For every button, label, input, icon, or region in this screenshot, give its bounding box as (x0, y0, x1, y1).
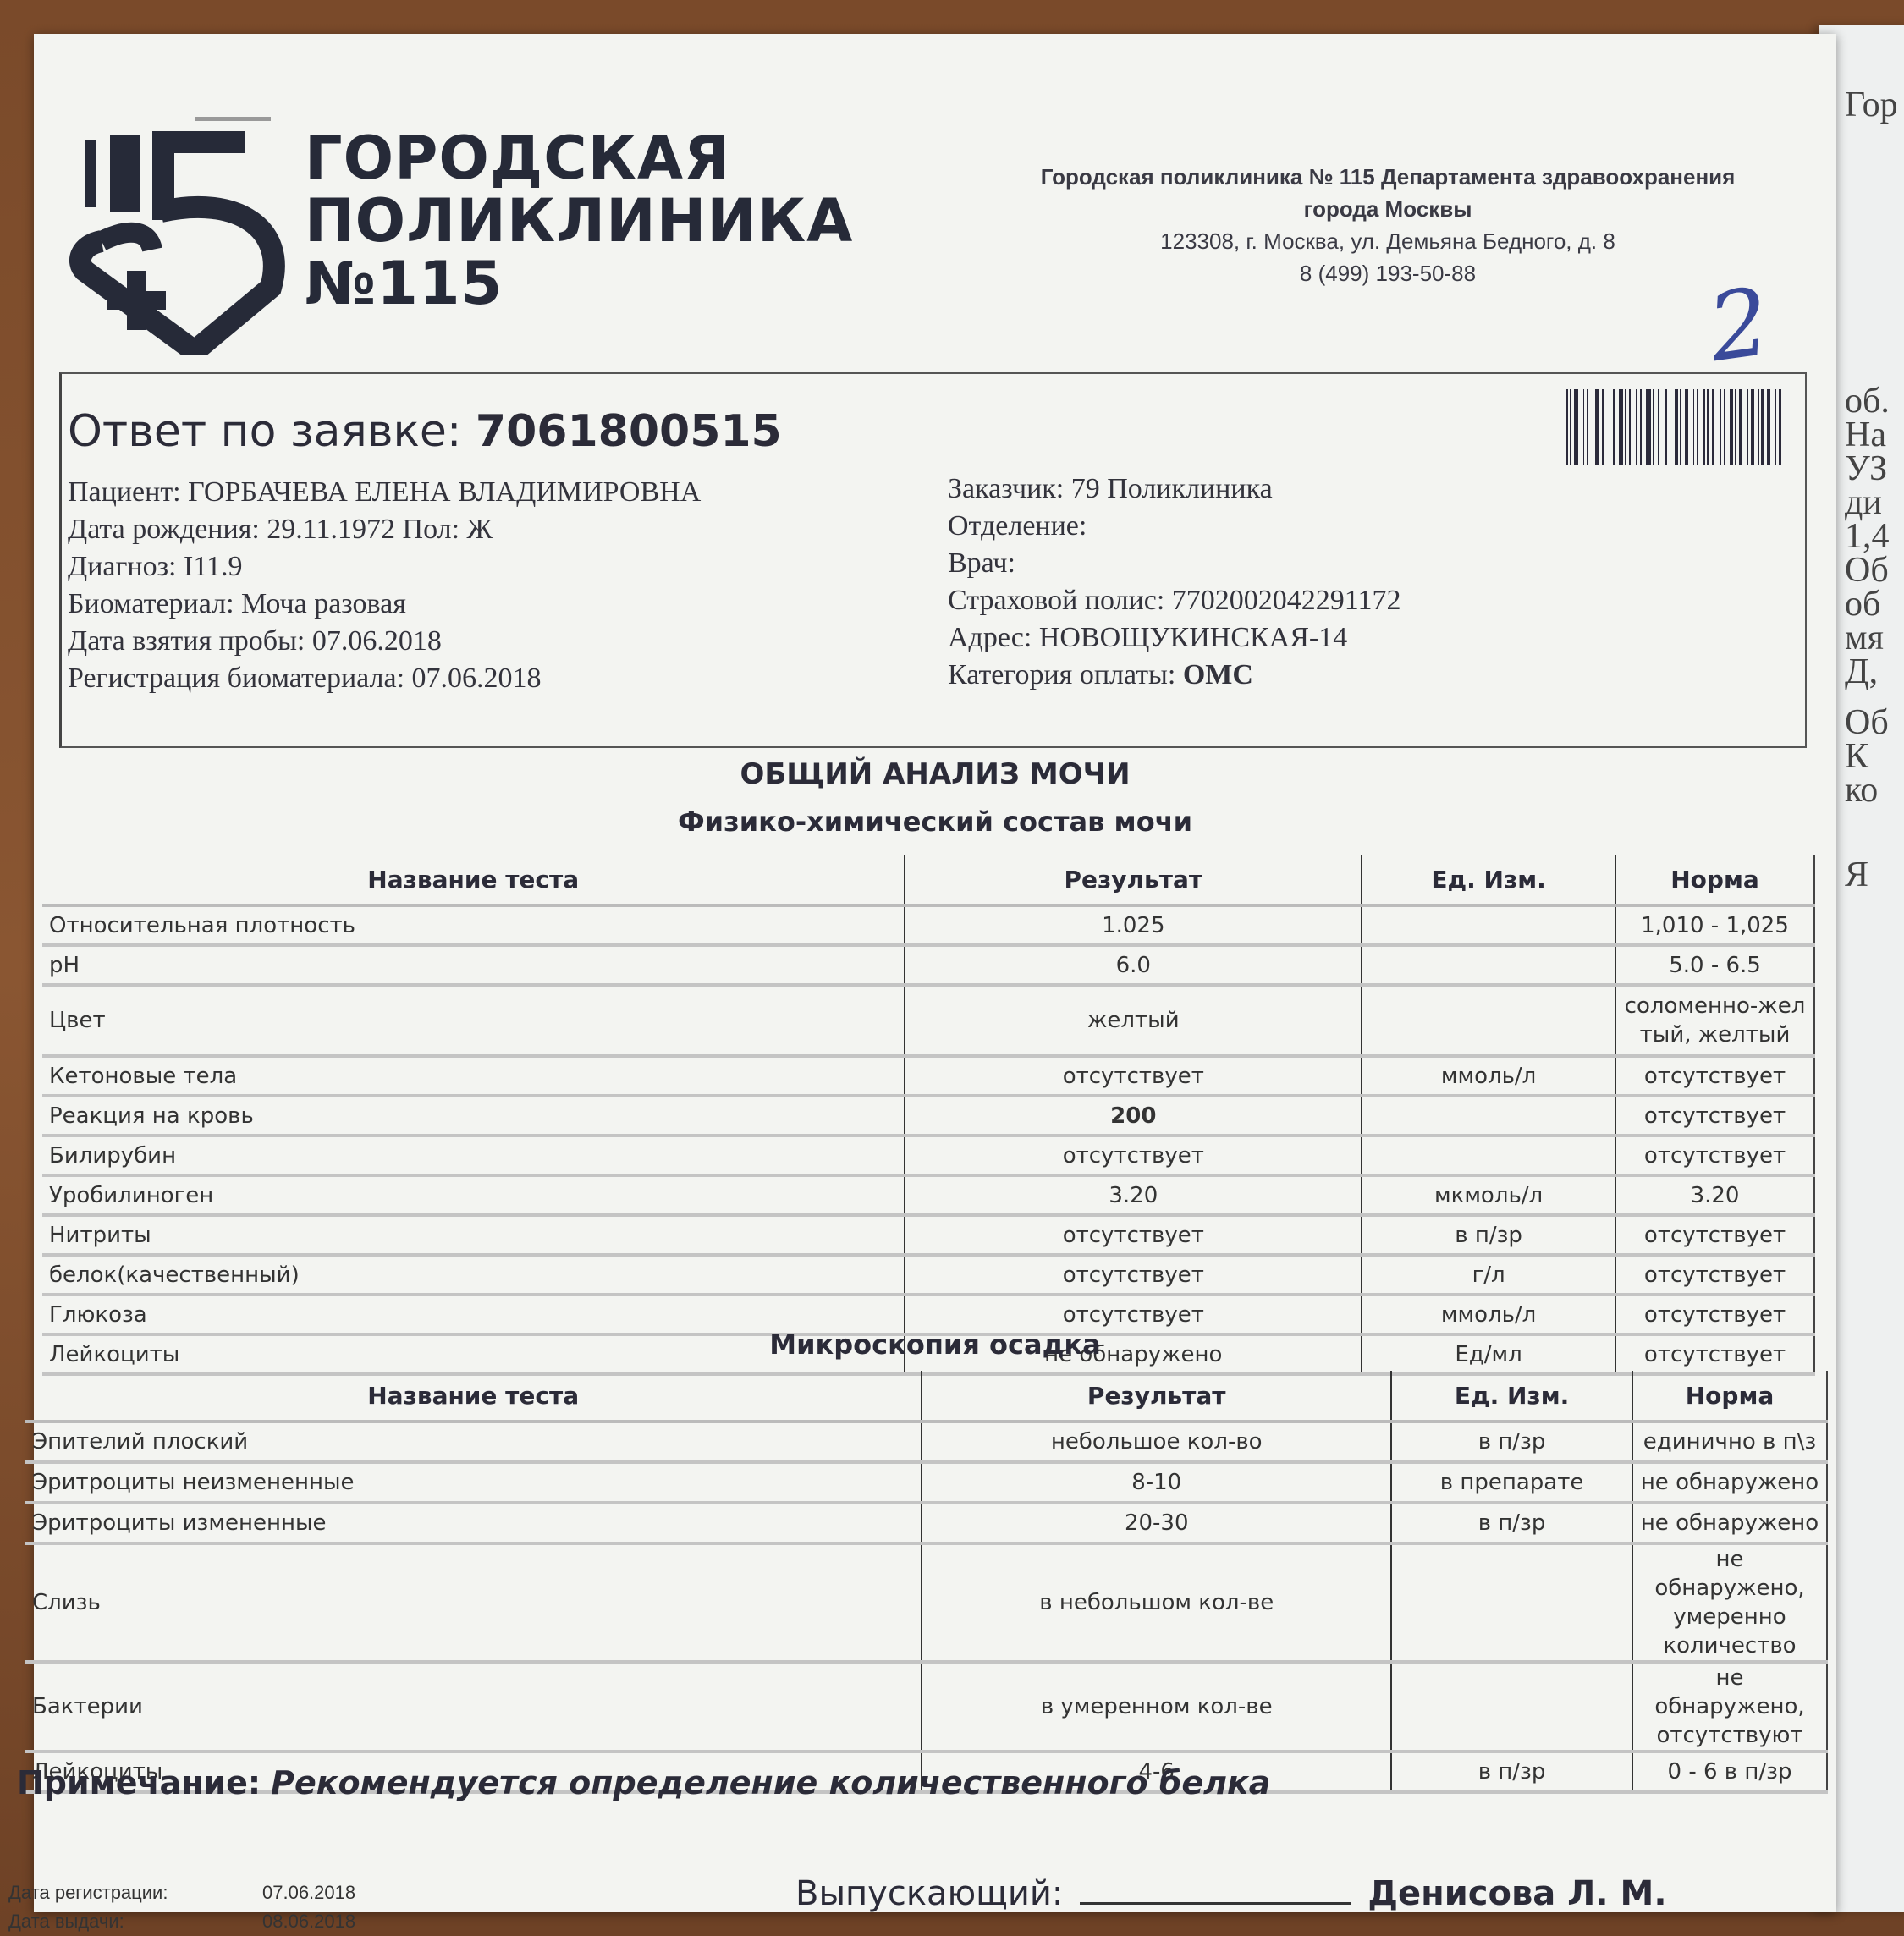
physchem-section-title: Физико-химический состав мочи (34, 806, 1836, 838)
table-row: pH6.05.0 - 6.5 (42, 945, 1814, 985)
test-result: 6.0 (905, 945, 1362, 985)
table-row: Бактериив умеренном кол-вене обнаружено,… (25, 1662, 1827, 1752)
test-unit (1362, 985, 1615, 1056)
brand-line-3: №115 (305, 252, 853, 315)
test-unit: в препарате (1391, 1462, 1632, 1503)
test-unit: в п/зр (1391, 1503, 1632, 1543)
test-norm: не обнаружено, отсутствуют (1632, 1662, 1827, 1752)
test-norm: отсутствует (1615, 1096, 1814, 1136)
brand-line-1: ГОРОДСКАЯ (305, 127, 853, 190)
test-norm: единично в п\з (1632, 1422, 1827, 1462)
test-unit (1391, 1662, 1632, 1752)
patient-address: Адрес: НОВОЩУКИНСКАЯ-14 (948, 619, 1401, 657)
analysis-title: ОБЩИЙ АНАЛИЗ МОЧИ (34, 757, 1836, 791)
test-norm: 1,010 - 1,025 (1615, 905, 1814, 945)
patient-birthdate: Дата рождения: 29.11.1972 Пол: Ж (68, 511, 701, 548)
note-label: Примечание: (17, 1764, 261, 1801)
request-number: 7061800515 (476, 406, 782, 457)
org-address: 123308, г. Москва, ул. Демьяна Бедного, … (948, 225, 1828, 257)
column-header: Название теста (25, 1371, 922, 1422)
patient-biomaterial: Биоматериал: Моча разовая (68, 586, 701, 623)
test-name: Эритроциты измененные (25, 1503, 922, 1543)
note: Примечание: Рекомендуется определение ко… (17, 1764, 1270, 1801)
organization-details: Городская поликлиника № 115 Департамента… (948, 161, 1828, 289)
test-name: Слизь (25, 1543, 922, 1662)
test-name: Эпителий плоский (25, 1422, 922, 1462)
test-result: 8-10 (922, 1462, 1391, 1503)
column-header: Результат (905, 855, 1362, 905)
column-header: Норма (1615, 855, 1814, 905)
note-text: Рекомендуется определение количественног… (271, 1764, 1270, 1801)
test-result: отсутствует (905, 1056, 1362, 1096)
test-norm: 0 - 6 в п/зр (1632, 1752, 1827, 1792)
test-name: Кетоновые тела (42, 1056, 905, 1096)
test-name: pH (42, 945, 905, 985)
biomaterial-registration: Регистрация биоматериала: 07.06.2018 (68, 660, 701, 697)
org-phone: 8 (499) 193-50-88 (948, 257, 1828, 289)
background-text-fragment: Гор (1845, 85, 1898, 125)
test-unit (1362, 1096, 1615, 1136)
column-header: Ед. Изм. (1391, 1371, 1632, 1422)
test-name: Цвет (42, 985, 905, 1056)
table-row: белок(качественный)отсутствуетг/лотсутст… (42, 1255, 1814, 1295)
test-name: белок(качественный) (42, 1255, 905, 1295)
column-header: Норма (1632, 1371, 1827, 1422)
test-norm: не обнаружено (1632, 1503, 1827, 1543)
test-unit: в п/зр (1391, 1422, 1632, 1462)
test-unit: мкмоль/л (1362, 1175, 1615, 1215)
background-text-fragment: Я (1845, 855, 1868, 895)
table-row: Кетоновые телаотсутствуетммоль/лотсутств… (42, 1056, 1814, 1096)
issue-date: 08.06.2018 (262, 1907, 355, 1936)
issuer-signature: Выпускающий: Денисова Л. М. (795, 1874, 1667, 1913)
report-dates: Дата регистрации:07.06.2018 Дата выдачи:… (8, 1878, 355, 1936)
test-unit: ммоль/л (1362, 1056, 1615, 1096)
patient-info-right: Заказчик: 79 Поликлиника Отделение: Врач… (948, 470, 1401, 694)
heart-cross-115-logo-icon (68, 102, 313, 355)
test-name: Нитриты (42, 1215, 905, 1255)
table-row: Цветжелтыйсоломенно-жел тый, желтый (42, 985, 1814, 1056)
test-norm: не обнаружено, умеренно количество (1632, 1543, 1827, 1662)
org-city: города Москвы (948, 193, 1828, 225)
test-result: желтый (905, 985, 1362, 1056)
test-norm: отсутствует (1615, 1255, 1814, 1295)
table-row: Относительная плотность1.0251,010 - 1,02… (42, 905, 1814, 945)
background-text-fragment: ко (1845, 770, 1878, 811)
column-header: Результат (922, 1371, 1391, 1422)
microscopy-section-title: Микроскопия осадка (34, 1328, 1836, 1361)
test-norm: отсутствует (1615, 1136, 1814, 1175)
test-result: отсутствует (905, 1136, 1362, 1175)
column-header: Название теста (42, 855, 905, 905)
microscopy-results-table: Название тестаРезультатЕд. Изм.Норма Эпи… (25, 1371, 1828, 1794)
test-result: отсутствует (905, 1215, 1362, 1255)
test-result: отсутствует (905, 1255, 1362, 1295)
sample-date: Дата взятия пробы: 07.06.2018 (68, 623, 701, 660)
patient-diagnosis: Диагноз: I11.9 (68, 548, 701, 586)
test-unit (1362, 905, 1615, 945)
customer: Заказчик: 79 Поликлиника (948, 470, 1401, 508)
table-row: Эритроциты неизмененные8-10в препаратене… (25, 1462, 1827, 1503)
test-norm: 3.20 (1615, 1175, 1814, 1215)
column-header: Ед. Изм. (1362, 855, 1615, 905)
test-unit: в п/зр (1391, 1752, 1632, 1792)
physchem-results-table: Название тестаРезультатЕд. Изм.Норма Отн… (42, 855, 1815, 1376)
table-row: Эпителий плоскийнебольшое кол-вов п/зред… (25, 1422, 1827, 1462)
insurance-policy: Страховой полис: 7702002042291172 (948, 582, 1401, 619)
background-text-fragment: Д, (1845, 652, 1878, 692)
test-norm: не обнаружено (1632, 1462, 1827, 1503)
test-unit (1391, 1543, 1632, 1662)
test-result: в небольшом кол-ве (922, 1543, 1391, 1662)
registration-date: 07.06.2018 (262, 1878, 355, 1907)
doctor: Врач: (948, 545, 1401, 582)
test-name: Уробилиноген (42, 1175, 905, 1215)
issue-date-label: Дата выдачи: (8, 1907, 262, 1936)
org-name: Городская поликлиника № 115 Департамента… (948, 161, 1828, 193)
test-name: Бактерии (25, 1662, 922, 1752)
test-name: Относительная плотность (42, 905, 905, 945)
test-result: 20-30 (922, 1503, 1391, 1543)
test-result: 3.20 (905, 1175, 1362, 1215)
test-norm: 5.0 - 6.5 (1615, 945, 1814, 985)
test-result: 200 (905, 1096, 1362, 1136)
issuer-label: Выпускающий: (795, 1874, 1063, 1913)
test-result: в умеренном кол-ве (922, 1662, 1391, 1752)
test-unit: в п/зр (1362, 1215, 1615, 1255)
test-name: Эритроциты неизмененные (25, 1462, 922, 1503)
signature-line (1080, 1877, 1351, 1905)
request-label: Ответ по заявке: (68, 406, 461, 457)
test-name: Реакция на кровь (42, 1096, 905, 1136)
table-row: Нитритыотсутствуетв п/зротсутствует (42, 1215, 1814, 1255)
table-row: Уробилиноген3.20мкмоль/л3.20 (42, 1175, 1814, 1215)
patient-name: Пациент: ГОРБАЧЕВА ЕЛЕНА ВЛАДИМИРОВНА (68, 474, 701, 511)
test-norm: соломенно-жел тый, желтый (1615, 985, 1814, 1056)
issuer-name: Денисова Л. М. (1367, 1874, 1666, 1913)
test-norm: отсутствует (1615, 1215, 1814, 1255)
test-unit: г/л (1362, 1255, 1615, 1295)
payment-category-value: ОМС (1183, 659, 1253, 690)
clinic-brand-name: ГОРОДСКАЯ ПОЛИКЛИНИКА №115 (305, 127, 853, 315)
table-row: Эритроциты измененные20-30в п/зрне обнар… (25, 1503, 1827, 1543)
registration-date-label: Дата регистрации: (8, 1878, 262, 1907)
test-unit (1362, 945, 1615, 985)
test-norm: отсутствует (1615, 1056, 1814, 1096)
test-result: 1.025 (905, 905, 1362, 945)
brand-line-2: ПОЛИКЛИНИКА (305, 190, 853, 252)
table-row: Реакция на кровь200отсутствует (42, 1096, 1814, 1136)
patient-info-left: Пациент: ГОРБАЧЕВА ЕЛЕНА ВЛАДИМИРОВНА Да… (68, 474, 701, 697)
lab-report-sheet: ГОРОДСКАЯ ПОЛИКЛИНИКА №115 Городская пол… (34, 34, 1836, 1912)
test-name: Билирубин (42, 1136, 905, 1175)
payment-category: Категория оплаты: ОМС (948, 657, 1401, 694)
test-unit (1362, 1136, 1615, 1175)
request-title: Ответ по заявке: 7061800515 (68, 406, 782, 457)
department: Отделение: (948, 508, 1401, 545)
table-row: Слизьв небольшом кол-вене обнаружено, ум… (25, 1543, 1827, 1662)
test-result: небольшое кол-во (922, 1422, 1391, 1462)
table-row: Билирубинотсутствуетотсутствует (42, 1136, 1814, 1175)
